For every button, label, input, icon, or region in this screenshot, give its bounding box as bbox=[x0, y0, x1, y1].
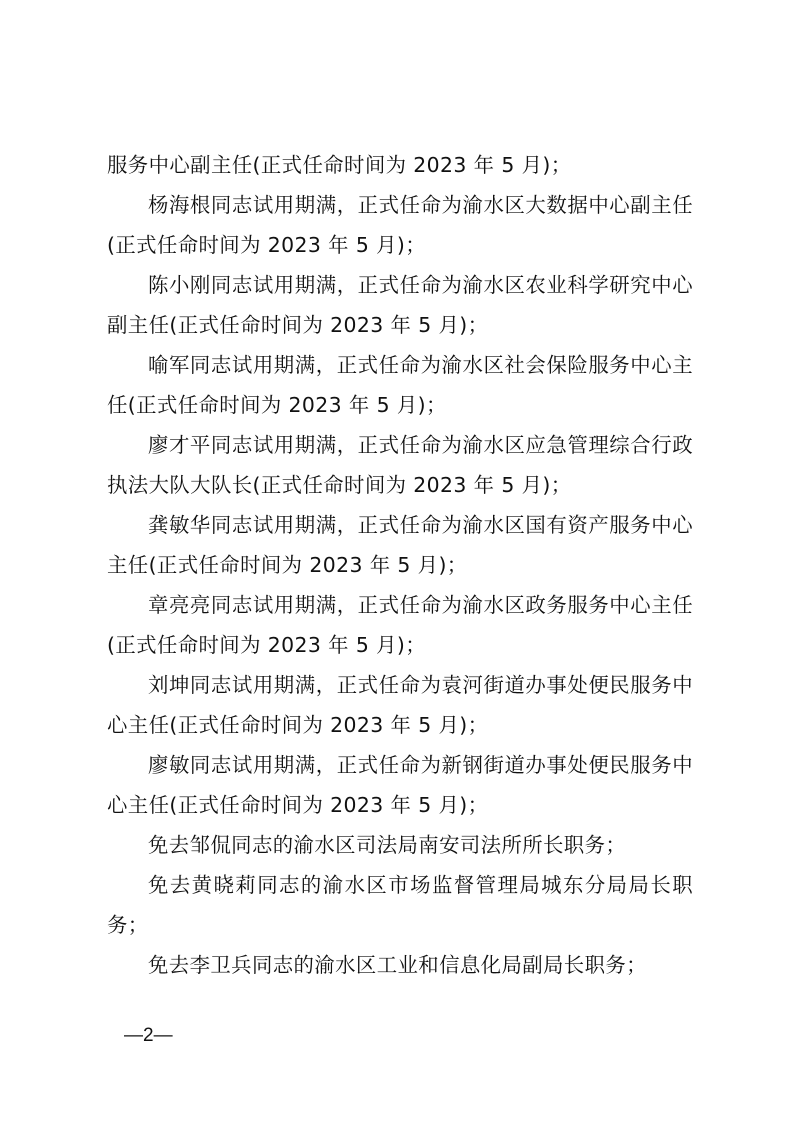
paragraph-removal: 免去黄晓莉同志的渝水区市场监督管理局城东分局局长职务； bbox=[107, 865, 693, 945]
paragraph-appointment: 杨海根同志试用期满，正式任命为渝水区大数据中心副主任(正式任命时间为 2023 … bbox=[107, 185, 693, 265]
paragraph-appointment: 廖敏同志试用期满，正式任命为新钢街道办事处便民服务中心主任(正式任命时间为 20… bbox=[107, 745, 693, 825]
paragraph-appointment: 喻军同志试用期满，正式任命为渝水区社会保险服务中心主任(正式任命时间为 2023… bbox=[107, 345, 693, 425]
paragraph-appointment: 廖才平同志试用期满，正式任命为渝水区应急管理综合行政执法大队大队长(正式任命时间… bbox=[107, 425, 693, 505]
document-body: 服务中心副主任(正式任命时间为 2023 年 5 月)； 杨海根同志试用期满，正… bbox=[107, 145, 693, 985]
paragraph-continuation: 服务中心副主任(正式任命时间为 2023 年 5 月)； bbox=[107, 145, 693, 185]
paragraph-appointment: 章亮亮同志试用期满，正式任命为渝水区政务服务中心主任(正式任命时间为 2023 … bbox=[107, 585, 693, 665]
paragraph-appointment: 刘坤同志试用期满，正式任命为袁河街道办事处便民服务中心主任(正式任命时间为 20… bbox=[107, 665, 693, 745]
paragraph-appointment: 陈小刚同志试用期满，正式任命为渝水区农业科学研究中心副主任(正式任命时间为 20… bbox=[107, 265, 693, 345]
page-number: —2— bbox=[124, 1024, 173, 1048]
paragraph-removal: 免去李卫兵同志的渝水区工业和信息化局副局长职务； bbox=[107, 945, 693, 985]
paragraph-removal: 免去邹侃同志的渝水区司法局南安司法所所长职务； bbox=[107, 825, 693, 865]
paragraph-appointment: 龚敏华同志试用期满，正式任命为渝水区国有资产服务中心主任(正式任命时间为 202… bbox=[107, 505, 693, 585]
